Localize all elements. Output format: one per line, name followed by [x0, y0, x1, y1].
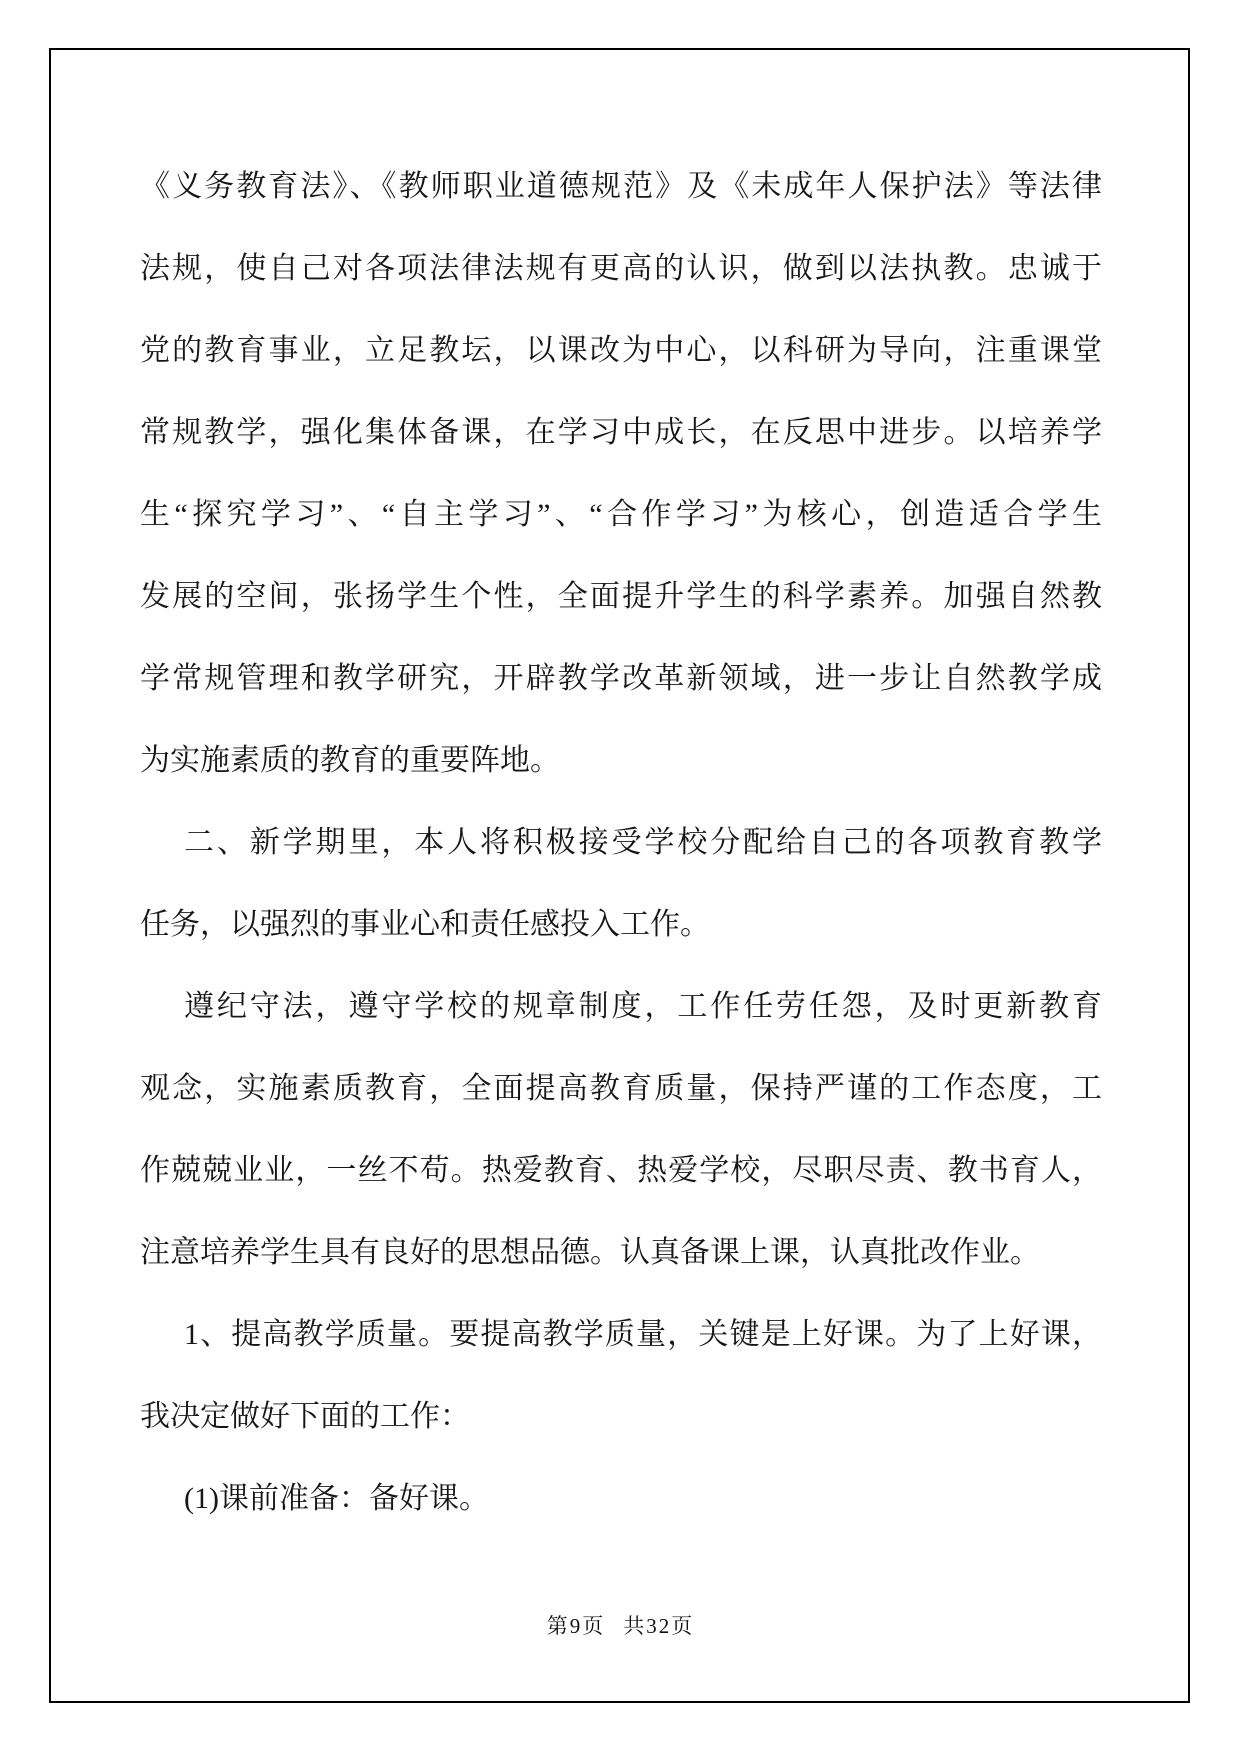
text-line: 生“探究学习”、“自主学习”、“合作学习”为核心，创造适合学生: [140, 474, 1102, 556]
paragraph: (1)课前准备：备好课。: [140, 1458, 1102, 1540]
text-line: 常规教学，强化集体备课，在学习中成长，在反思中进步。以培养学: [140, 392, 1102, 474]
text-line: 党的教育事业，立足教坛，以课改为中心，以科研为导向，注重课堂: [140, 310, 1102, 392]
total-pages-label: 共32页: [623, 1610, 694, 1640]
page-footer: 第9页 共32页: [0, 1610, 1241, 1640]
paragraph: 遵纪守法，遵守学校的规章制度，工作任劳任怨，及时更新教育 观念，实施素质教育，全…: [140, 966, 1102, 1294]
text-line: 《义务教育法》、《教师职业道德规范》及《未成年人保护法》等法律: [140, 146, 1102, 228]
paragraph: 1、提高教学质量。要提高教学质量，关键是上好课。为了上好课， 我决定做好下面的工…: [140, 1294, 1102, 1458]
text-line: 遵纪守法，遵守学校的规章制度，工作任劳任怨，及时更新教育: [140, 966, 1102, 1048]
paragraph: 二、新学期里，本人将积极接受学校分配给自己的各项教育教学 任务，以强烈的事业心和…: [140, 802, 1102, 966]
text-line: 二、新学期里，本人将积极接受学校分配给自己的各项教育教学: [140, 802, 1102, 884]
text-line: 任务，以强烈的事业心和责任感投入工作。: [140, 884, 1102, 966]
text-line: (1)课前准备：备好课。: [140, 1458, 1102, 1540]
paragraph: 《义务教育法》、《教师职业道德规范》及《未成年人保护法》等法律 法规，使自己对各…: [140, 146, 1102, 802]
text-line: 注意培养学生具有良好的思想品德。认真备课上课，认真批改作业。: [140, 1212, 1102, 1294]
text-line: 观念，实施素质教育，全面提高教育质量，保持严谨的工作态度，工: [140, 1048, 1102, 1130]
text-line: 学常规管理和教学研究，开辟教学改革新领域，进一步让自然教学成: [140, 638, 1102, 720]
text-line: 为实施素质的教育的重要阵地。: [140, 720, 1102, 802]
document-page: { "document": { "paragraphs": [ { "lines…: [0, 0, 1241, 1754]
page-number-label: 第9页: [547, 1610, 606, 1640]
page-content: 《义务教育法》、《教师职业道德规范》及《未成年人保护法》等法律 法规，使自己对各…: [140, 146, 1102, 1540]
text-line: 我决定做好下面的工作：: [140, 1376, 1102, 1458]
text-line: 法规，使自己对各项法律法规有更高的认识，做到以法执教。忠诚于: [140, 228, 1102, 310]
text-line: 作兢兢业业，一丝不苟。热爱教育、热爱学校，尽职尽责、教书育人，: [140, 1130, 1102, 1212]
text-line: 1、提高教学质量。要提高教学质量，关键是上好课。为了上好课，: [140, 1294, 1102, 1376]
text-line: 发展的空间，张扬学生个性，全面提升学生的科学素养。加强自然教: [140, 556, 1102, 638]
